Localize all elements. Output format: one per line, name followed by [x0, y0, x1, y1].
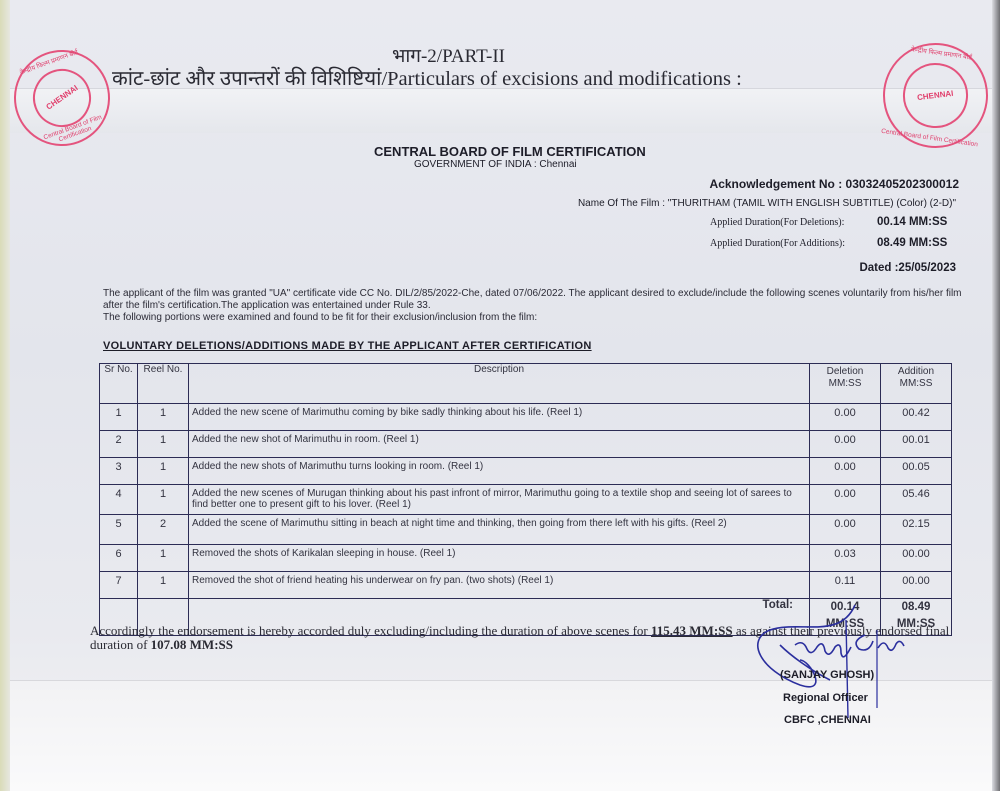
table-row: 31Added the new shots of Marimuthu turns… — [100, 458, 952, 485]
row-sr-no: 4 — [100, 485, 138, 515]
signature-icon — [740, 600, 940, 730]
row-addition: 00.05 — [881, 458, 952, 485]
row-reel-no: 1 — [138, 545, 189, 572]
row-deletion: 0.00 — [810, 458, 881, 485]
row-addition: 02.15 — [881, 515, 952, 545]
row-addition: 00.01 — [881, 431, 952, 458]
header-sr-no: Sr No. — [100, 364, 138, 404]
page-left-edge — [0, 0, 10, 791]
header-addition: Addition MM:SS — [881, 364, 952, 404]
row-deletion: 0.00 — [810, 485, 881, 515]
table-row: 21Added the new shot of Marimuthu in roo… — [100, 431, 952, 458]
row-deletion: 0.00 — [810, 404, 881, 431]
row-addition: 00.42 — [881, 404, 952, 431]
table-row: 71Removed the shot of friend heating his… — [100, 572, 952, 599]
row-description: Added the scene of Marimuthu sitting in … — [189, 515, 810, 545]
page-right-edge — [992, 0, 1000, 791]
stamp-inner-circle: CHENNAI — [899, 59, 972, 132]
row-addition: 05.46 — [881, 485, 952, 515]
row-description: Removed the shot of friend heating his u… — [189, 572, 810, 599]
signatory-organization: CBFC ,CHENNAI — [784, 714, 871, 726]
header-deletion: Deletion MM:SS — [810, 364, 881, 404]
row-reel-no: 2 — [138, 515, 189, 545]
cbfc-stamp-left-icon: केन्द्रीय फिल्म प्रमाणन बोर्ड CHENNAI Ce… — [0, 36, 123, 159]
stamp-city: CHENNAI — [917, 89, 954, 102]
particulars-heading: कांट-छांट और उपान्तरों की विशिष्टियां/Pa… — [112, 64, 742, 92]
modifications-table: Sr No. Reel No. Description Deletion MM:… — [99, 363, 952, 636]
row-reel-no: 1 — [138, 431, 189, 458]
row-sr-no: 3 — [100, 458, 138, 485]
row-addition: 00.00 — [881, 545, 952, 572]
table-row: 52Added the scene of Marimuthu sitting i… — [100, 515, 952, 545]
row-reel-no: 1 — [138, 404, 189, 431]
additions-duration-value: 08.49 MM:SS — [877, 237, 947, 249]
government-line: GOVERNMENT OF INDIA : Chennai — [414, 159, 577, 170]
stamp-ring-text: केन्द्रीय फिल्म प्रमाणन बोर्ड — [891, 41, 992, 64]
row-deletion: 0.00 — [810, 431, 881, 458]
total-endorsed-duration: 115.43 MM:SS — [651, 623, 733, 638]
stamp-city: CHENNAI — [44, 84, 79, 112]
deletions-duration-label: Applied Duration(For Deletions): — [710, 217, 844, 228]
row-reel-no: 1 — [138, 572, 189, 599]
stamp-ring-text-bottom: Central Board of Film Certification — [879, 128, 980, 149]
header-description: Description — [189, 364, 810, 404]
row-sr-no: 7 — [100, 572, 138, 599]
row-sr-no: 2 — [100, 431, 138, 458]
deletions-duration-value: 00.14 MM:SS — [877, 216, 947, 228]
row-deletion: 0.11 — [810, 572, 881, 599]
row-description: Added the new shot of Marimuthu in room.… — [189, 431, 810, 458]
film-name: Name Of The Film : "THURITHAM (TAMIL WIT… — [578, 198, 956, 209]
header-reel-no: Reel No. — [138, 364, 189, 404]
signatory-name: (SANJAY GHOSH) — [780, 669, 874, 681]
table-row: 11Added the new scene of Marimuthu comin… — [100, 404, 952, 431]
signatory-role: Regional Officer — [783, 692, 868, 704]
row-deletion: 0.03 — [810, 545, 881, 572]
intro-line-2: The following portions were examined and… — [103, 312, 963, 324]
row-sr-no: 5 — [100, 515, 138, 545]
paper-fold-top — [10, 88, 992, 133]
row-description: Added the new shots of Marimuthu turns l… — [189, 458, 810, 485]
final-duration: 107.08 MM:SS — [151, 637, 233, 652]
intro-paragraph: The applicant of the film was granted "U… — [103, 288, 963, 324]
row-description: Removed the shots of Karikalan sleeping … — [189, 545, 810, 572]
additions-duration-label: Applied Duration(For Additions): — [710, 238, 845, 249]
row-sr-no: 1 — [100, 404, 138, 431]
row-description: Added the new scene of Marimuthu coming … — [189, 404, 810, 431]
row-deletion: 0.00 — [810, 515, 881, 545]
board-name: CENTRAL BOARD OF FILM CERTIFICATION — [374, 144, 646, 159]
row-reel-no: 1 — [138, 458, 189, 485]
acknowledgement-number: Acknowledgement No : 03032405202300012 — [710, 177, 959, 191]
dated: Dated :25/05/2023 — [859, 262, 956, 274]
row-sr-no: 6 — [100, 545, 138, 572]
row-addition: 00.00 — [881, 572, 952, 599]
row-description: Added the new scenes of Murugan thinking… — [189, 485, 810, 515]
section-heading: VOLUNTARY DELETIONS/ADDITIONS MADE BY TH… — [103, 340, 592, 352]
table-row: 61Removed the shots of Karikalan sleepin… — [100, 545, 952, 572]
table-row: 41Added the new scenes of Murugan thinki… — [100, 485, 952, 515]
intro-line-1: The applicant of the film was granted "U… — [103, 288, 963, 312]
table-header-row: Sr No. Reel No. Description Deletion MM:… — [100, 364, 952, 404]
cbfc-stamp-right-icon: केन्द्रीय फिल्म प्रमाणन बोर्ड CHENNAI Ce… — [876, 36, 995, 155]
row-reel-no: 1 — [138, 485, 189, 515]
